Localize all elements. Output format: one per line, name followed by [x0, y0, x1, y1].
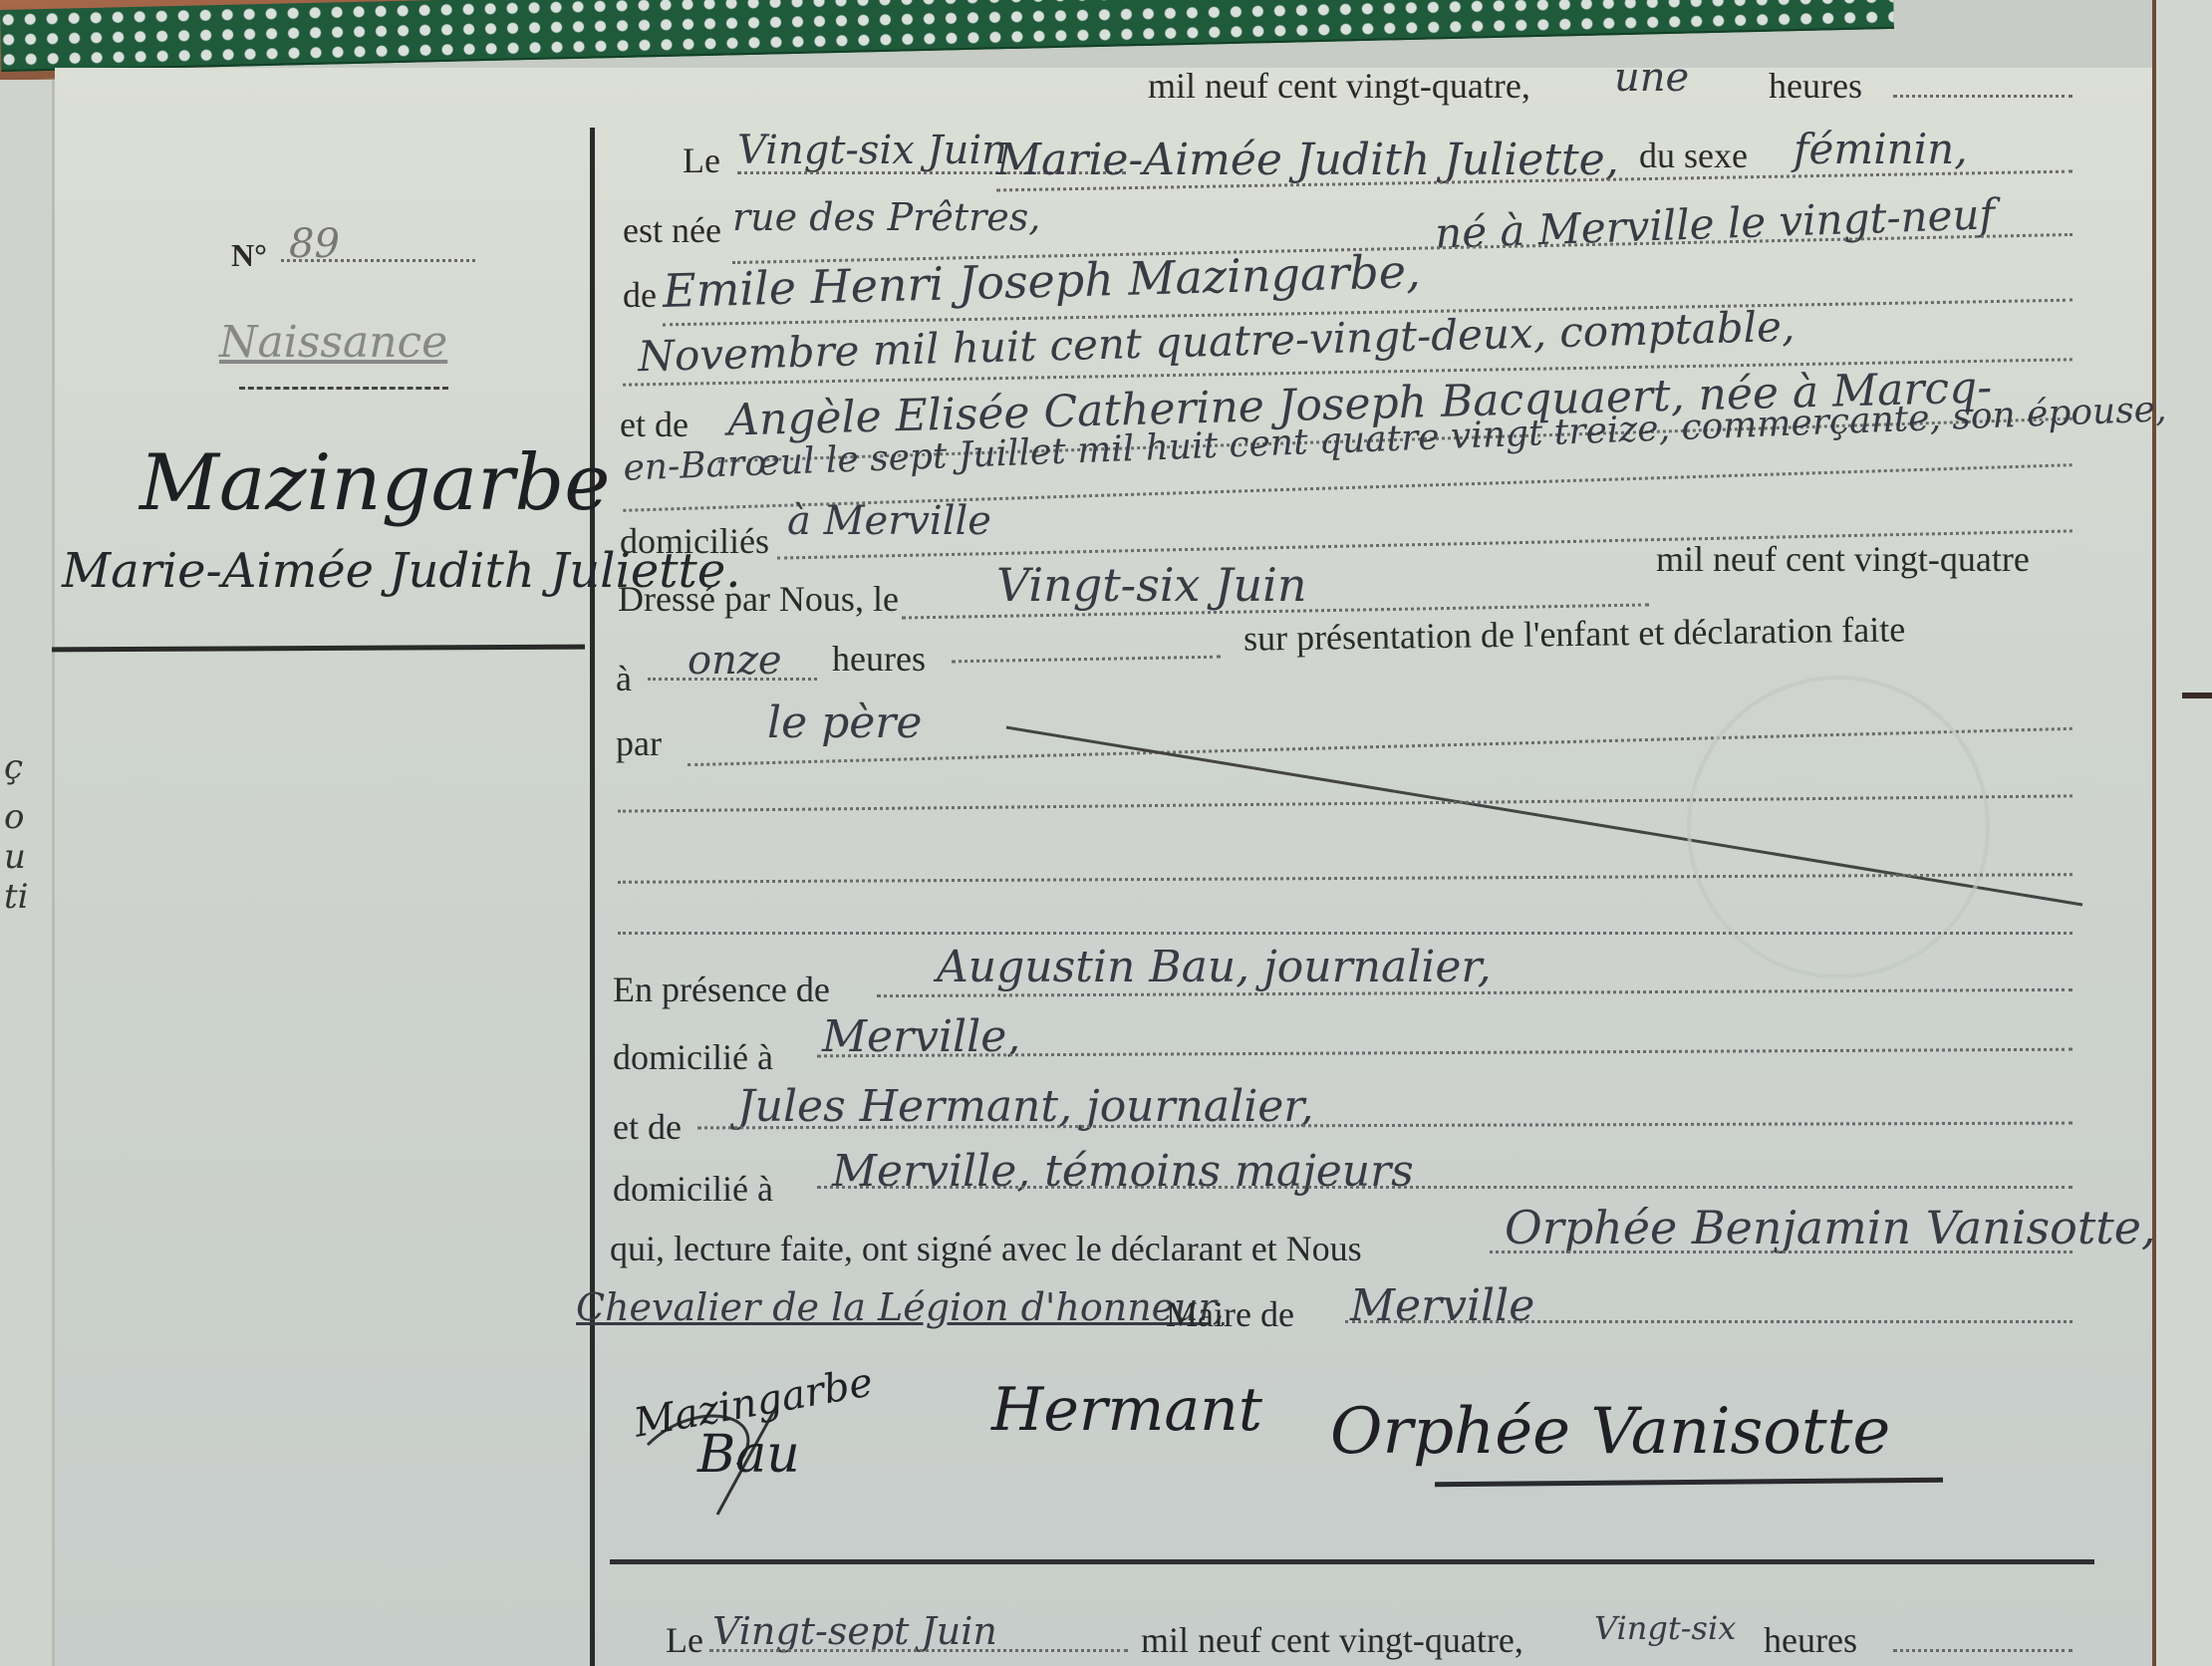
signature-witness-1: Bau: [697, 1425, 800, 1485]
dotted-fill-line: [709, 1649, 1128, 1652]
printed-text: domicilié à: [613, 1036, 773, 1078]
dotted-fill-line: [1345, 1320, 2073, 1323]
dotted-fill-line: [1490, 1250, 2073, 1253]
dotted-fill-line: [817, 1186, 2073, 1189]
handwritten-witness-1: Augustin Bau, journalier,: [937, 942, 1492, 992]
printed-text: domicilié à: [613, 1168, 773, 1210]
handwritten-title: Chevalier de la Légion d'honneur,: [576, 1285, 1225, 1329]
printed-text: qui, lecture faite, ont signé avec le dé…: [610, 1228, 1362, 1269]
printed-text: mil neuf cent vingt-quatre,: [1141, 1619, 1523, 1661]
printed-text: et de: [613, 1106, 682, 1148]
handwritten-date: Vingt-sept Juin: [712, 1609, 997, 1653]
handwritten-hour: Vingt-six: [1594, 1609, 1736, 1647]
printed-text: En présence de: [613, 969, 830, 1010]
entry-separator: [610, 1559, 2094, 1564]
handwritten-domicile: Merville, témoins majeurs: [832, 1146, 1414, 1197]
dotted-fill-line: [1893, 1649, 2073, 1652]
dotted-fill-line: [618, 932, 2073, 935]
printed-text: Le: [666, 1619, 703, 1661]
printed-text: heures: [1764, 1619, 1857, 1661]
handwritten-mayor-name: Orphée Benjamin Vanisotte,: [1505, 1201, 2156, 1254]
handwritten-commune: Merville: [1350, 1280, 1534, 1331]
signature-witness-2: Hermant: [991, 1375, 1262, 1445]
signature-mayor: Orphée Vanisotte: [1330, 1395, 1890, 1469]
printed-text: Maire de: [1166, 1293, 1294, 1335]
